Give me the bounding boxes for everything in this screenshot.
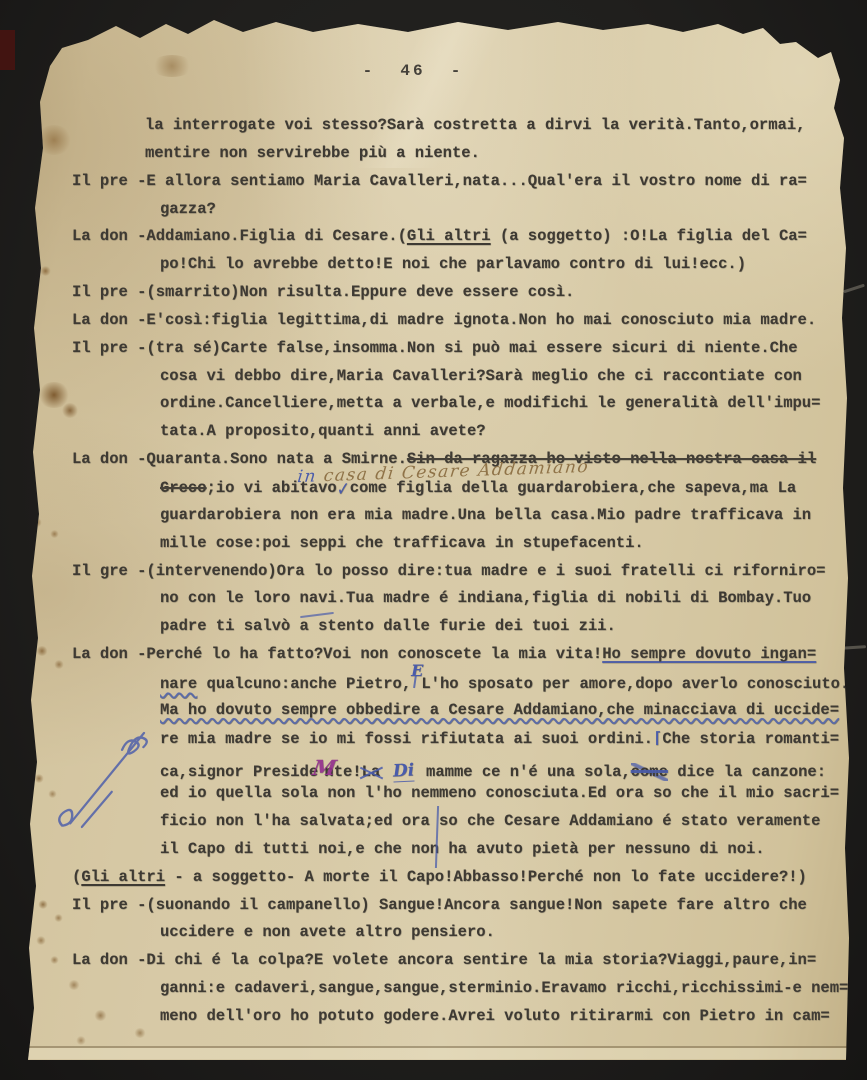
typed-line: po!Chi lo avrebbe detto!E noi che parlav… — [72, 255, 850, 283]
paper-stain — [150, 55, 194, 77]
speaker-label: Il pre — [72, 172, 137, 190]
typed-line: ca,signor PresideMnte!La Di mamme ce n'é… — [72, 756, 850, 784]
speaker-label: La don — [72, 951, 137, 969]
red-edge-tab — [0, 30, 15, 70]
document-page: - 46 - la interrogate voi stesso?Sarà co… — [28, 18, 850, 1060]
typescript: la interrogate voi stesso?Sarà costretta… — [72, 116, 850, 1035]
speaker-label: La don — [72, 227, 137, 245]
paper-stain — [40, 266, 51, 276]
typed-segment: mamme ce n'é una sola, — [417, 763, 631, 781]
paper-stain — [54, 914, 63, 922]
typed-segment: re mia madre se io mi fossi rifiutata ai… — [160, 730, 653, 748]
speaker-label: Il pre — [72, 896, 137, 914]
typed-segment: cosa vi debbo dire,Maria Cavalleri?Sarà … — [160, 367, 802, 385]
typed-line: il Capo di tutti noi,e che non ha avuto … — [72, 840, 850, 868]
typed-line: Il pre -(smarrito)Non risulta.Eppure dev… — [72, 283, 850, 311]
typed-segment: -E allora sentiamo Maria Cavalleri,nata.… — [137, 172, 807, 190]
typed-segment: ganni:e cadaveri,sangue,sangue,sterminio… — [160, 979, 848, 997]
typed-line: guardarobiera non era mia madre.Una bell… — [72, 506, 850, 534]
paper-stain — [76, 1036, 86, 1045]
typed-segment: L'ho sposato per amore,dopo averlo conos… — [421, 675, 849, 693]
typed-line: tata.A proposito,quanti anni avete? — [72, 422, 850, 450]
paper-stain — [38, 900, 48, 909]
typed-line: La don -Addamiano.Figlia di Cesare.(Gli … — [72, 227, 850, 255]
typed-segment: -(smarrito)Non risulta.Eppure deve esser… — [137, 283, 574, 301]
paper-stain — [36, 936, 46, 945]
typed-segment: -Perché lo ha fatto?Voi non conoscete la… — [137, 645, 602, 663]
typed-line: la interrogate voi stesso?Sarà costretta… — [72, 116, 850, 144]
typed-segment: ca,signor Preside — [160, 763, 318, 781]
typed-segment: po!Chi lo avrebbe detto!E noi che parlav… — [160, 255, 746, 273]
typed-segment: -Di chi é la colpa?E volete ancora senti… — [137, 951, 816, 969]
paper-stain — [50, 956, 59, 964]
typed-segment: mille cose:poi seppi che trafficava in s… — [160, 534, 644, 552]
typed-line: La don -Perché lo ha fatto?Voi non conos… — [72, 645, 850, 673]
typed-line: Greco;io vi abitavo✓come figlia della gu… — [72, 478, 850, 506]
typed-segment: -Addamiano.Figlia di Cesare.( — [137, 227, 407, 245]
paper-stain — [36, 125, 72, 155]
typed-segment: Che storia romanti= — [662, 730, 839, 748]
desk-scratch — [843, 284, 865, 294]
typed-line: mille cose:poi seppi che trafficava in s… — [72, 534, 850, 562]
typed-segment: qualcuno:anche Pietro, — [197, 675, 411, 693]
paper-stain — [36, 646, 48, 656]
typed-segment-ink: ⌈ — [653, 730, 662, 748]
typed-segment: uccidere e non avete altro pensiero. — [160, 923, 495, 941]
typed-line: La don -Di chi é la colpa?E volete ancor… — [72, 951, 850, 979]
typed-segment-inkM: M — [311, 755, 339, 780]
speaker-label: Il gre — [72, 562, 137, 580]
typed-segment: dice la canzone: — [668, 763, 826, 781]
typed-segment: ( — [72, 868, 81, 886]
handwritten-insertion-blue: in — [296, 466, 325, 487]
margin-annotation — [47, 702, 179, 838]
typed-segment: -(tra sé)Carte false,insomma.Non si può … — [137, 339, 797, 357]
typed-line: meno dell'oro ho potuto godere.Avrei vol… — [72, 1007, 850, 1035]
paper-stain — [32, 518, 42, 527]
typed-line: La don -E'così:figlia legittima,di madre… — [72, 311, 850, 339]
speaker-label: La don — [72, 450, 137, 468]
speaker-label: La don — [72, 645, 137, 663]
typed-segment-insDi: Di — [392, 761, 414, 783]
typed-segment-bu: Ho sempre dovuto ingan= — [602, 645, 816, 663]
typed-line: ficio non l'ha salvata;ed ora so che Ces… — [72, 812, 850, 840]
typed-segment: -(intervenendo)Ora lo posso dire:tua mad… — [137, 562, 825, 580]
typed-segment-wavy: nare — [160, 675, 197, 693]
typed-segment: -E'così:figlia legittima,di madre ignota… — [137, 311, 816, 329]
typed-segment-u: Gli altri — [81, 868, 165, 886]
typed-segment: (a soggetto) :O!La figlia del Ca= — [491, 227, 807, 245]
typed-segment: ha avuto pietà per nessuno di noi. — [448, 840, 764, 858]
typed-line: ganni:e cadaveri,sangue,sangue,sterminio… — [72, 979, 850, 1007]
typed-segment: meno dell'oro ho potuto godere.Avrei vol… — [160, 1007, 830, 1025]
typed-segment: - a soggetto- A morte il Capo!Abbasso!Pe… — [165, 868, 807, 886]
page-number: - 46 - — [323, 60, 503, 82]
typed-line: nare qualcuno:anche Pietro,EL'ho sposato… — [72, 673, 850, 701]
speaker-label: La don — [72, 311, 137, 329]
typed-line: (Gli altri - a soggetto- A morte il Capo… — [72, 868, 850, 896]
typed-segment: mentire non servirebbe più a niente. — [145, 144, 480, 162]
typed-segment-strike: Greco — [160, 479, 207, 497]
typed-segment-wavy: Ma ho dovuto sempre obbedire a Cesare Ad… — [160, 701, 839, 719]
typed-line: Il pre -(suonando il campanello) Sangue!… — [72, 896, 850, 924]
typed-segment: padre ti salvò a stento dalle furie dei … — [160, 617, 616, 635]
typed-segment: gazza? — [160, 200, 216, 218]
paper-stain — [34, 774, 44, 783]
speaker-label: Il pre — [72, 339, 137, 357]
typed-segment-insAbove: E — [411, 661, 423, 680]
typed-line: ed io quella sola non l'ho nemmeno conos… — [72, 784, 850, 812]
typed-segment: il Capo di tutti noi,e che non — [160, 840, 448, 858]
speaker-label: Il pre — [72, 283, 137, 301]
typed-segment: tata.A proposito,quanti anni avete? — [160, 422, 486, 440]
paper-crease — [28, 1048, 850, 1059]
typed-line: Il gre -(intervenendo)Ora lo posso dire:… — [72, 562, 850, 590]
typed-segment: guardarobiera non era mia madre.Una bell… — [160, 506, 811, 524]
typed-line: Il pre -E allora sentiamo Maria Cavaller… — [72, 172, 850, 200]
typed-line: no con le loro navi.Tua madre é indiana,… — [72, 589, 850, 617]
typed-line: re mia madre se io mi fossi rifiutata ai… — [72, 729, 850, 757]
typed-line: padre ti salvò a stento dalle furie dei … — [72, 617, 850, 645]
typed-segment-u: Gli altri — [407, 227, 491, 245]
paper-stain — [50, 530, 59, 538]
typed-line: Ma ho dovuto sempre obbedire a Cesare Ad… — [72, 701, 850, 729]
typed-line: cosa vi debbo dire,Maria Cavalleri?Sarà … — [72, 367, 850, 395]
typed-line: uccidere e non avete altro pensiero. — [72, 923, 850, 951]
typed-segment: -(suonando il campanello) Sangue!Ancora … — [137, 896, 807, 914]
typed-segment: no con le loro navi.Tua madre é indiana,… — [160, 589, 811, 607]
typed-line: gazza? — [72, 200, 850, 228]
typed-segment: ed io quella sola non l'ho nemmeno conos… — [160, 784, 839, 802]
typed-segment: ordine.Cancelliere,metta a verbale,e mod… — [160, 394, 820, 412]
desk-background: { "page": { "number_label": "- 46 -" }, … — [0, 0, 867, 1080]
typed-line: ordine.Cancelliere,metta a verbale,e mod… — [72, 394, 850, 422]
typed-line: Il pre -(tra sé)Carte false,insomma.Non … — [72, 339, 850, 367]
typed-segment-bx: La — [362, 763, 381, 781]
typed-segment: ficio non l'ha salvata;ed ora so che Ces… — [160, 812, 820, 830]
typed-segment: la interrogate voi stesso?Sarà costretta… — [145, 116, 805, 134]
paper-stain — [54, 660, 64, 669]
typed-line: mentire non servirebbe più a niente. — [72, 144, 850, 172]
typed-segment-scrib: come — [631, 763, 668, 781]
